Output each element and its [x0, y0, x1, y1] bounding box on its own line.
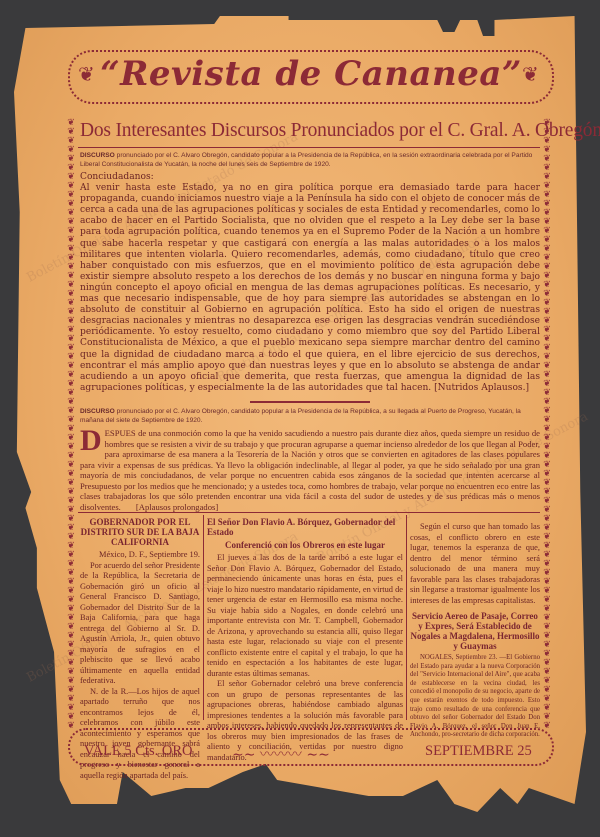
section-divider: [250, 401, 370, 403]
speech1: Conciudadanos: Al venir hasta este Estad…: [80, 172, 540, 394]
speech2-intro-text: pronunciado por el C. Alvaro Obregón, ca…: [80, 408, 521, 424]
article-heading: Servicio Aereo de Pasaje, Correo y Expre…: [410, 611, 540, 651]
article-subheading: Conferenció con los Obreros en este luga…: [207, 540, 403, 550]
divider: [78, 512, 540, 513]
article-paragraph: Según el curso que han tomado las cosas,…: [410, 522, 540, 606]
column-divider: [203, 515, 204, 720]
article-servicio-aereo: Según el curso que han tomado las cosas,…: [410, 522, 540, 740]
speech2: D ESPUES de una conmoción como la que ha…: [80, 428, 540, 512]
speech1-body: Al venir hasta este Estado, ya no en gir…: [80, 183, 540, 394]
speech1-salutation: Conciudadanos:: [80, 172, 540, 183]
headline: Dos Interesantes Discursos Pronunciados …: [80, 120, 540, 142]
publication-title: “Revista de Cananea”: [68, 54, 554, 94]
squiggle-ornament-icon: ∼∼ 〰〰〰 ∼∼: [232, 744, 330, 764]
article-heading: GOBERNADOR POR EL DISTRITO SUR DE LA BAJ…: [80, 517, 200, 547]
article-paragraph: El jueves a las dos de la tarde arribó a…: [207, 553, 403, 679]
article-dateline: México, D. F., Septiembre 19.: [80, 550, 200, 561]
speech1-intro-text: pronunciado por el C. Alvaro Obregón, ca…: [80, 152, 532, 168]
border-ornament-right: ❦❦❦❦❦❦❦❦❦❦❦❦❦❦❦❦❦❦❦❦❦❦❦❦❦❦❦❦❦❦❦❦❦❦❦❦❦❦❦❦…: [542, 118, 551, 728]
price-label: VALE 5 Cts. ORO: [84, 743, 193, 760]
dropcap: D: [80, 429, 102, 453]
issue-date: SEPTIEMBRE 25: [425, 743, 532, 760]
article-borquez: El Señor Don Flavio A. Bórquez, Gobernad…: [207, 517, 403, 763]
speech2-intro: DISCURSO pronunciado por el C. Alvaro Ob…: [80, 407, 538, 425]
speech1-intro-label: DISCURSO: [80, 152, 115, 159]
column-divider: [406, 515, 407, 720]
speech2-closing: [Aplausos prolongados]: [136, 502, 218, 512]
speech2-body: ESPUES de una conmoción como la que ha v…: [80, 428, 540, 512]
border-ornament-left: ❦❦❦❦❦❦❦❦❦❦❦❦❦❦❦❦❦❦❦❦❦❦❦❦❦❦❦❦❦❦❦❦❦❦❦❦❦❦❦❦…: [66, 118, 75, 728]
article-heading: El Señor Don Flavio A. Bórquez, Gobernad…: [207, 517, 403, 537]
divider: [78, 147, 540, 148]
speech1-intro: DISCURSO pronunciado por el C. Alvaro Ob…: [80, 151, 538, 169]
speech2-intro-label: DISCURSO: [80, 408, 115, 415]
article-paragraph: Por acuerdo del señor Presidente de la R…: [80, 561, 200, 687]
